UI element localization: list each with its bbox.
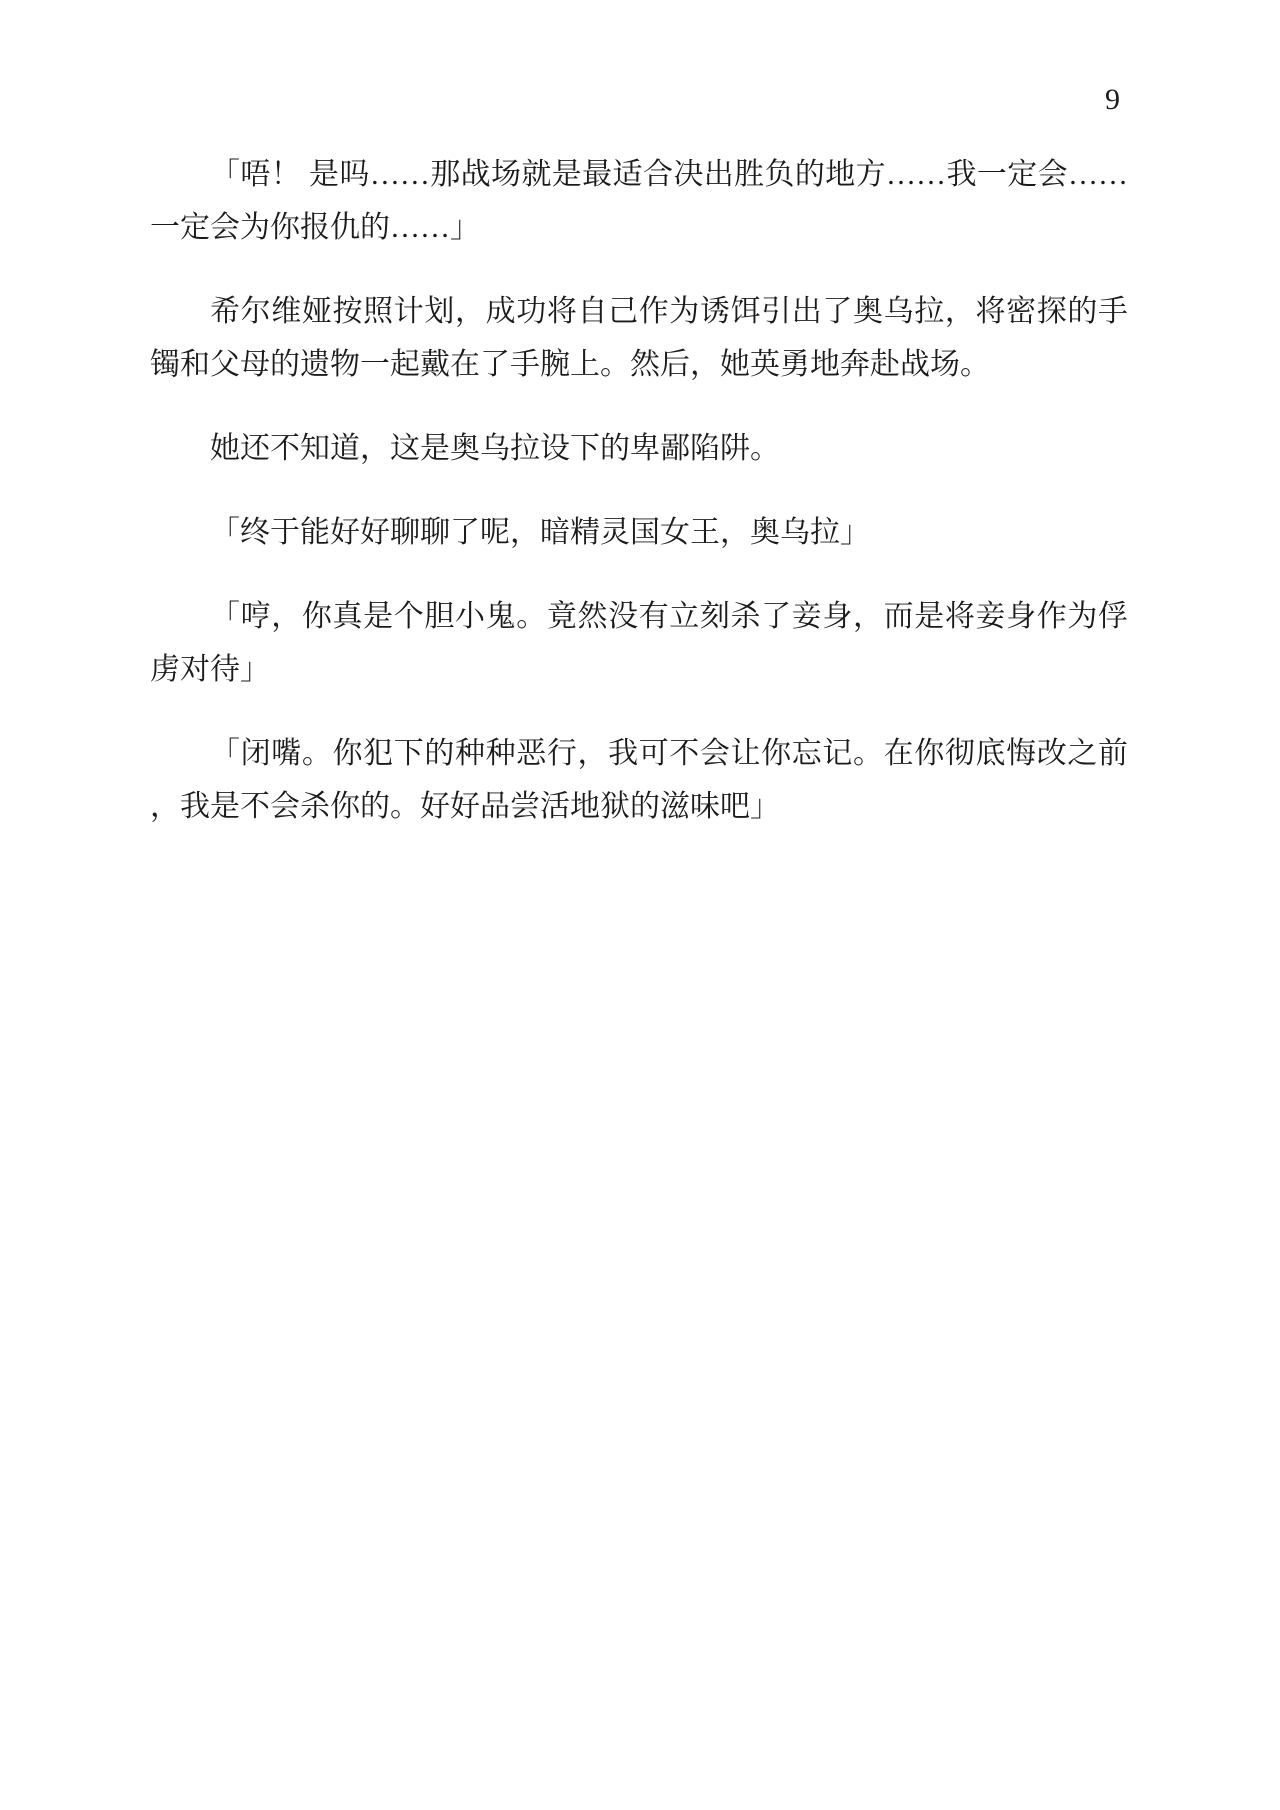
text-line: ，我是不会杀你的。好好品尝活地狱的滋味吧」 (150, 780, 1128, 833)
paragraph: 「哼，你真是个胆小鬼。竟然没有立刻杀了妾身，而是将妾身作为俘 虏对待」 (150, 590, 1128, 696)
text-line: 虏对待」 (150, 643, 1128, 696)
text-line: 希尔维娅按照计划，成功将自己作为诱饵引出了奥乌拉，将密探的手 (150, 285, 1128, 338)
text-line: 「终于能好好聊聊了呢，暗精灵国女王，奥乌拉」 (150, 506, 1128, 559)
text-line: 她还不知道，这是奥乌拉设下的卑鄙陷阱。 (150, 422, 1128, 475)
text-line: 「哼，你真是个胆小鬼。竟然没有立刻杀了妾身，而是将妾身作为俘 (150, 590, 1128, 643)
document-page: 9 「唔！ 是吗……那战场就是最适合决出胜负的地方……我一定会…… 一定会为你报… (0, 0, 1280, 1810)
paragraph: 「终于能好好聊聊了呢，暗精灵国女王，奥乌拉」 (150, 506, 1128, 559)
paragraph: 她还不知道，这是奥乌拉设下的卑鄙陷阱。 (150, 422, 1128, 475)
page-body-text: 「唔！ 是吗……那战场就是最适合决出胜负的地方……我一定会…… 一定会为你报仇的… (150, 148, 1128, 833)
paragraph: 「闭嘴。你犯下的种种恶行，我可不会让你忘记。在你彻底悔改之前 ，我是不会杀你的。… (150, 727, 1128, 833)
page-number: 9 (0, 0, 1280, 118)
text-line: 一定会为你报仇的……」 (150, 201, 1128, 254)
paragraph: 希尔维娅按照计划，成功将自己作为诱饵引出了奥乌拉，将密探的手 镯和父母的遗物一起… (150, 285, 1128, 391)
text-line: 「闭嘴。你犯下的种种恶行，我可不会让你忘记。在你彻底悔改之前 (150, 727, 1128, 780)
text-line: 镯和父母的遗物一起戴在了手腕上。然后，她英勇地奔赴战场。 (150, 338, 1128, 391)
text-line: 「唔！ 是吗……那战场就是最适合决出胜负的地方……我一定会…… (150, 148, 1128, 201)
paragraph: 「唔！ 是吗……那战场就是最适合决出胜负的地方……我一定会…… 一定会为你报仇的… (150, 148, 1128, 254)
